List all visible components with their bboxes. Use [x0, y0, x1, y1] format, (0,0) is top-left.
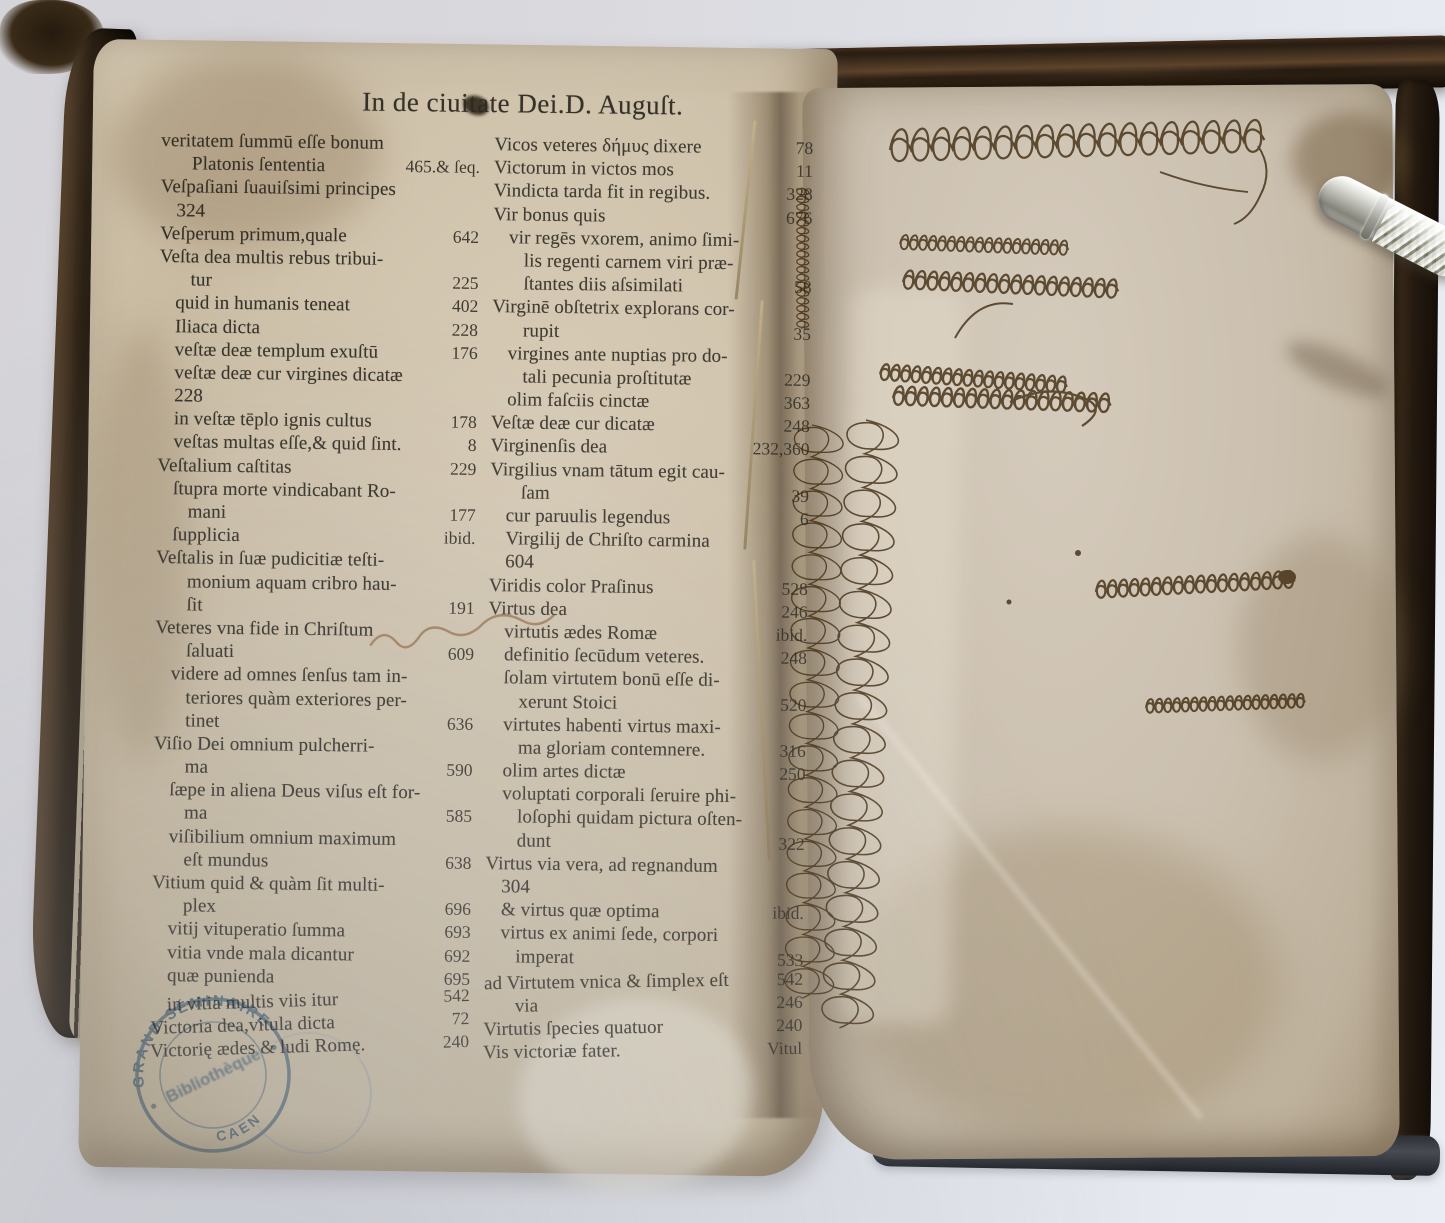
index-entry-text: veſtas multas eſſe,& quid ſint.: [157, 431, 401, 456]
index-entry-text: rupit: [492, 320, 560, 343]
index-entry-page-number: 58: [789, 277, 812, 298]
index-entry-text: virgines ante nuptias pro do-: [492, 343, 728, 368]
index-entry-page-number: 72: [447, 1008, 470, 1030]
index-entry-text: virtus ex animi ſede, corpori: [484, 922, 718, 947]
index-column-2: Vicos veteres δήμυς dixere 78 Victorum i…: [483, 134, 813, 1065]
index-entry-page-number: 363: [779, 393, 811, 414]
index-entry-page-number: 246: [776, 601, 808, 622]
index-entry-page-number: 316: [774, 740, 806, 761]
index-entry-page-number: ibid.: [771, 624, 808, 645]
index-entry-page-number: 240: [771, 1015, 803, 1036]
index-entry-text: tinet: [154, 710, 220, 733]
index-entry-text: loſophi quidam pictura oſten-: [486, 807, 742, 832]
index-entry-text: Vis victoriæ fater.: [483, 1041, 621, 1065]
index-entry-text: Iliaca dicta: [159, 316, 260, 339]
index-entry-text: Vindicta tarda fit in regibus.: [494, 180, 711, 205]
index-entry-page-number: 78: [791, 138, 814, 159]
index-entry-text: ma: [153, 756, 208, 779]
index-entry-text: ſtupra morte vindicabant Ro-: [157, 478, 396, 503]
index-entry-page-number: 636: [442, 713, 474, 734]
index-entry-page-number: 542: [772, 969, 804, 990]
index-entry-page-number: 676: [781, 207, 813, 228]
index-entry-text: 228: [158, 385, 203, 408]
index-entry-page-number: 176: [446, 342, 478, 363]
index-entry-text: Veteres vna fide in Chriſtum: [155, 617, 373, 642]
index-entry-text: 604: [489, 551, 534, 574]
index-entry-text: Virtus via vera, ad regnandum: [485, 853, 718, 878]
index-entry-page-number: 229: [779, 369, 811, 390]
index-entry-page-number: 328: [781, 184, 813, 205]
index-entry-page-number: 465.& ſeq.: [400, 156, 480, 178]
index-entry-text: ma gloriam contemnere.: [487, 737, 706, 762]
index-entry-text: ſit: [155, 594, 202, 617]
index-entry-text: plex: [152, 895, 216, 918]
index-entry-page-number: 225: [447, 273, 479, 294]
index-entry-text: virtutes habenti virtus maxi-: [487, 714, 721, 739]
index-entry-page-number: 696: [440, 899, 472, 920]
index-entry-text: Virginē obſtetrix explorans cor-: [492, 296, 735, 321]
index-line: Vis victoriæ fater. Vitul: [483, 1038, 802, 1066]
index-entry-text: ſaluati: [155, 640, 234, 663]
index-entry-text: olim artes dictæ: [486, 760, 625, 784]
index-entry-text: 324: [160, 200, 205, 223]
index-entry-page-number: 250: [774, 764, 806, 785]
index-entry-page-number: 240: [438, 1031, 470, 1053]
index-entry-page-number: 35: [788, 323, 811, 344]
index-entry-page-number: 692: [439, 945, 471, 966]
index-entry-text: Vitium quid & quàm ſit multi-: [152, 872, 385, 897]
index-entry-page-number: Vitul: [762, 1038, 802, 1060]
index-entry-text: viſibilium omnium maximum: [153, 826, 397, 851]
index-entry-text: tali pecunia proſtitutæ: [491, 366, 691, 390]
index-entry-text: dunt: [486, 830, 551, 853]
index-entry-text: olim faſciis cinctæ: [491, 389, 650, 413]
index-entry-page-number: 542: [438, 985, 470, 1007]
index-entry-page-number: 638: [440, 852, 472, 873]
index-entry-text: 304: [485, 876, 530, 899]
index-entry-text: videre ad omnes ſenſus tam in-: [155, 663, 408, 688]
index-entry-page-number: 585: [441, 806, 473, 827]
index-entry-text: ſtantes diis aſsimilati: [492, 273, 683, 297]
index-entry-text: Platonis ſententia: [161, 153, 325, 177]
index-entry-text: Veſperum primum,quale: [160, 223, 347, 247]
index-entry-text: Viſio Dei omnium pulcherri-: [154, 733, 375, 758]
index-page-text: In de ciuitate Dei.D. Auguſt. veritatem …: [150, 84, 814, 1065]
index-entry-page-number: 520: [775, 694, 807, 715]
index-entry-text: ſæpe in aliena Deus viſus eſt for-: [153, 779, 420, 804]
index-entry-text: quid in humanis teneat: [159, 292, 350, 316]
index-entry-text: Veſpaſiani ſuauiſsimi principes: [161, 176, 397, 201]
index-entry-text: virtutis ædes Romæ: [488, 621, 657, 645]
index-entry-text: voluptati corporali ſeruire phi-: [486, 783, 736, 808]
index-entry-text: mani: [157, 501, 227, 524]
index-entry-page-number: 177: [444, 505, 476, 526]
index-entry-text: Virgilius vnam tātum egit cau-: [490, 459, 725, 484]
index-entry-page-number: 528: [776, 578, 808, 599]
index-entry-text: definitio ſecūdum veteres.: [488, 644, 705, 669]
index-entry-page-number: 11: [791, 161, 813, 182]
index-entry-text: in veſtæ tēplo ignis cultus: [158, 408, 372, 433]
index-entry-text: Virtutis ſpecies quatuor: [483, 1017, 663, 1042]
index-entry-page-number: 246: [771, 992, 803, 1013]
index-entry-text: Viridis color Praſinus: [489, 575, 654, 599]
index-entry-text: Virgilij de Chriſto carmina: [489, 528, 710, 553]
index-entry-page-number: 6: [795, 509, 809, 530]
index-entry-text: Veſtalis in ſuæ pudicitiæ teſti-: [156, 547, 384, 572]
index-entry-text: & virtus quæ optima: [485, 899, 660, 923]
index-entry-page-number: 229: [445, 458, 477, 479]
index-entry-page-number: 232,360: [748, 439, 810, 461]
index-entry-text: xerunt Stoici: [487, 691, 617, 715]
index-entry-text: ma: [153, 802, 208, 825]
index-entry-page-number: 228: [447, 319, 479, 340]
index-entry-page-number: 590: [441, 760, 473, 781]
index-entry-page-number: 402: [447, 296, 479, 317]
index-entry-text: lis regenti carnem viri præ-: [493, 250, 734, 275]
photo-of-antique-book: In de ciuitate Dei.D. Auguſt. veritatem …: [0, 0, 1445, 1223]
index-entry-page-number: ibid.: [767, 903, 804, 924]
index-entry-text: veritatem ſummū eſſe bonum: [161, 130, 384, 155]
index-entry-page-number: 8: [463, 435, 477, 456]
index-entry-page-number: 178: [445, 412, 477, 433]
index-entry-text: Virginenſis dea: [490, 436, 607, 459]
index-entry-text: Veſtalium caſtitas: [157, 455, 291, 479]
index-entry-text: vir regēs vxorem, animo ſimi-: [493, 227, 740, 252]
index-entry-text: Vicos veteres δήμυς dixere: [494, 134, 702, 159]
index-entry-text: Virtus dea: [488, 598, 567, 621]
index-entry-page-number: 609: [443, 644, 475, 665]
index-entry-text: veſtæ deæ cur virgines dicatæ: [158, 362, 403, 387]
index-entry-page-number: 693: [439, 922, 471, 943]
index-entry-text: vitij vituperatio ſumma: [152, 918, 346, 942]
index-entry-text: ſam: [490, 482, 550, 505]
index-column-1: veritatem ſummū eſſe bonum Platonis ſent…: [150, 130, 480, 1061]
index-entry-page-number: 322: [773, 833, 805, 854]
index-entry-text: Veſta dea multis rebus tribui-: [160, 246, 384, 271]
index-entry-page-number: 39: [786, 486, 809, 507]
index-entry-text: eſt mundus: [152, 849, 268, 872]
index-entry-text: tur: [159, 269, 212, 292]
index-entry-text: Veſtæ deæ cur dicatæ: [491, 412, 655, 436]
index-entry-page-number: 191: [443, 597, 475, 618]
index-entry-page-number: 533: [772, 949, 804, 970]
index-entry-text: teriores quàm exteriores per-: [154, 687, 407, 712]
index-entry-text: cur paruulis legendus: [490, 505, 671, 529]
index-entry-text: monium aquam cribro hau-: [156, 571, 397, 596]
index-entry-page-number: ibid.: [439, 528, 476, 549]
index-entry-page-number: 248: [776, 648, 808, 669]
index-entry-text: Victorum in victos mos: [494, 157, 674, 181]
index-entry-page-number: 642: [448, 226, 480, 247]
index-entry-text: ad Virtutem vnica & ſimplex eſt: [484, 970, 729, 995]
index-entry-text: via: [484, 995, 539, 1018]
index-entry-text: imperat: [484, 946, 574, 969]
index-entry-text: Vir bonus quis: [493, 204, 605, 227]
page-header: In de ciuitate Dei.D. Auguſt.: [162, 84, 814, 123]
index-entry-page-number: 248: [778, 416, 810, 437]
index-entry-text: ſolam virtutem bonū eſſe di-: [488, 667, 720, 692]
index-entry-text: ſupplicia: [156, 524, 240, 547]
index-entry-text: veſtæ deæ templum exuſtū: [159, 339, 379, 364]
